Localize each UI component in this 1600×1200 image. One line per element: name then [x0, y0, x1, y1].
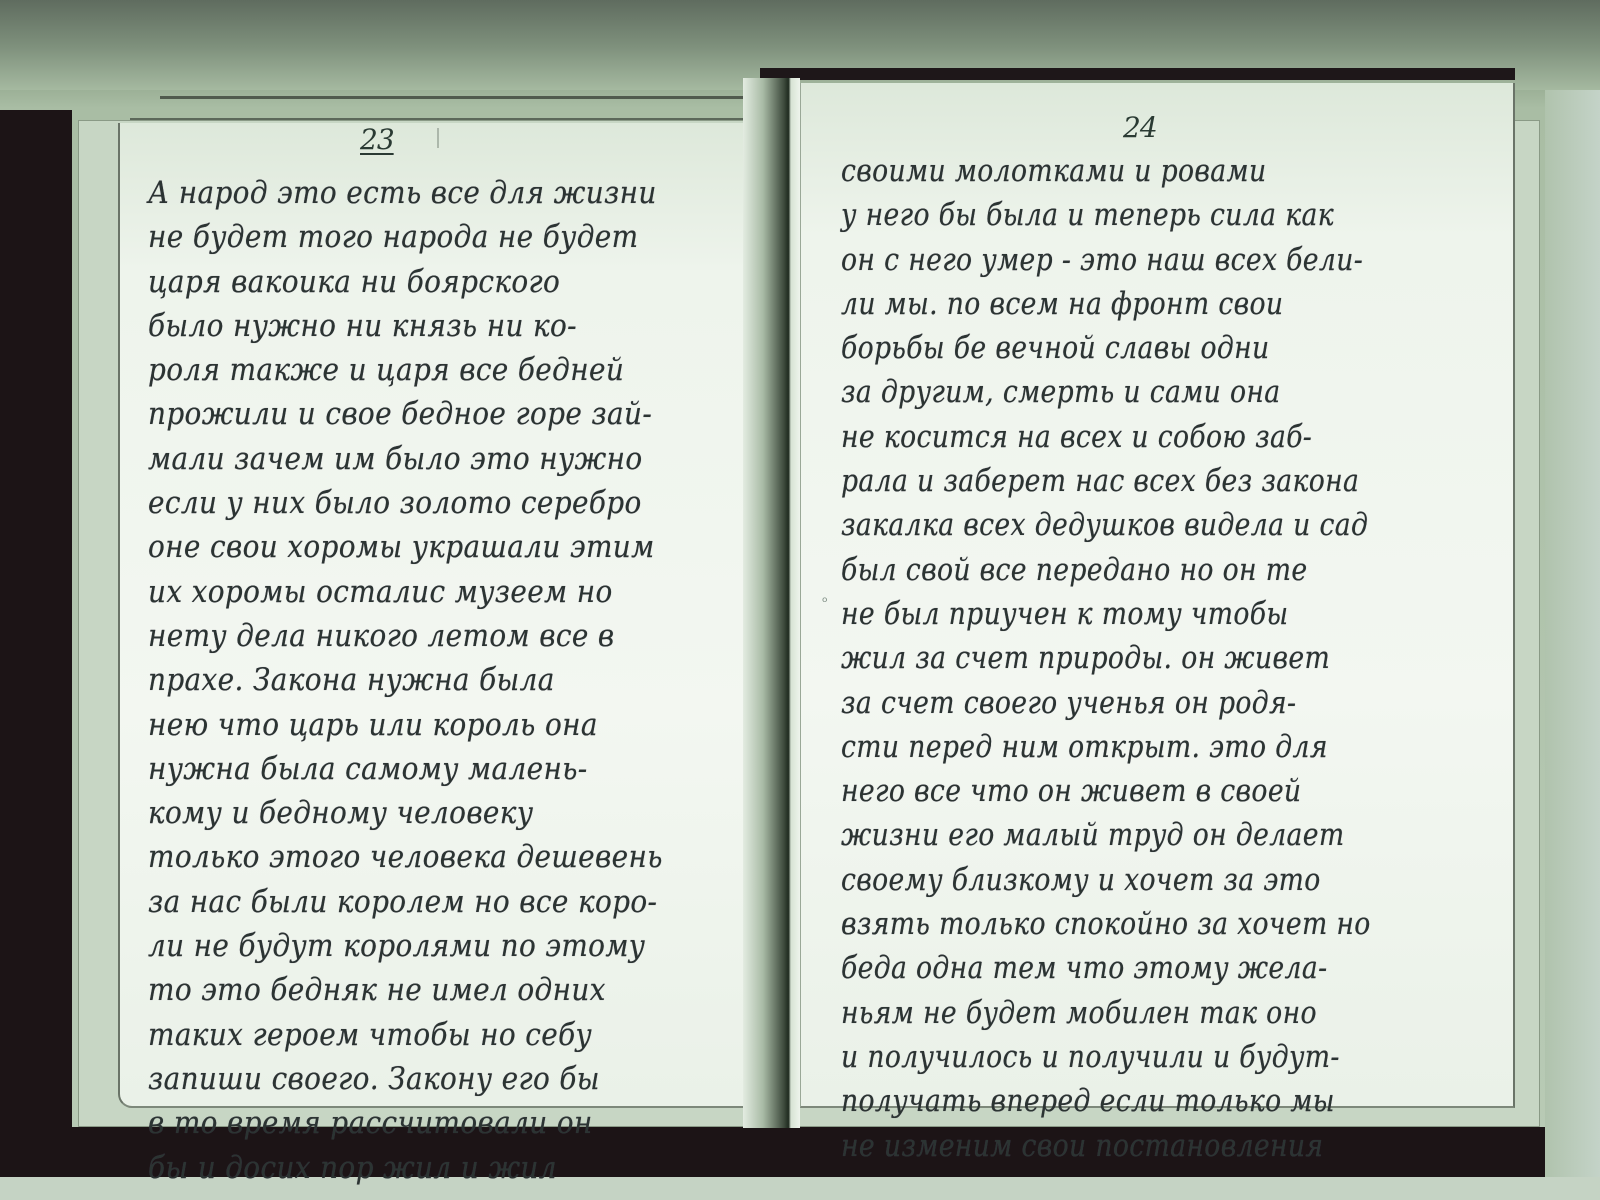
- text-line: взять только спокойно за хочет но: [841, 902, 1391, 946]
- text-line: царя вакоика ни боярского: [148, 260, 670, 304]
- notebook-spine: [743, 78, 800, 1128]
- text-line: в то время рассчитовали он: [148, 1101, 670, 1145]
- text-line: бы и досих пор жил и жил: [148, 1146, 670, 1190]
- text-line: мали зачем им было это нужно: [148, 437, 670, 481]
- text-line: ли не будут королями по этому: [148, 924, 670, 968]
- page-number: 24: [1123, 111, 1157, 144]
- text-line: А народ это есть все для жизни: [148, 171, 670, 215]
- text-line: своему близкому и хочет за это: [841, 858, 1391, 902]
- text-line: он с него умер - это наш всех бели-: [841, 238, 1391, 282]
- text-line: ньям не будет мобилен так оно: [841, 991, 1391, 1035]
- text-line: кому и бедному человеку: [148, 791, 670, 835]
- text-line: только этого человека дешевень: [148, 835, 670, 879]
- text-line: не был приучен к тому чтобы: [841, 592, 1391, 636]
- text-line: было нужно ни князь ни ко-: [148, 304, 670, 348]
- text-line: жизни его малый труд он делает: [841, 813, 1391, 857]
- text-line: нею что царь или король она: [148, 703, 670, 747]
- text-line: не косится на всех и собою заб-: [841, 415, 1391, 459]
- text-line: закалка всех дедушков видела и сад: [841, 503, 1391, 547]
- text-line: за нас были королем но все коро-: [148, 880, 670, 924]
- text-line: беда одна тем что этому жела-: [841, 946, 1391, 990]
- left-page: 23 А народ это есть все для жизни не буд…: [118, 123, 743, 1108]
- handwritten-text-block: своими молотками и ровами у него бы была…: [841, 149, 1481, 1168]
- text-line: если у них было золото серебро: [148, 481, 670, 525]
- text-line: прахе. Закона нужна была: [148, 658, 670, 702]
- text-line: сти перед ним открыт. это для: [841, 725, 1391, 769]
- text-line: у него бы была и теперь сила как: [841, 193, 1391, 237]
- text-line: жил за счет природы. он живет: [841, 636, 1391, 680]
- text-line: него все что он живет в своей: [841, 769, 1391, 813]
- right-page: 24 своими молотками и ровами у него бы б…: [800, 83, 1515, 1108]
- text-line: роля также и царя все бедней: [148, 348, 670, 392]
- page-number: 23: [360, 123, 394, 156]
- text-line: получать вперед если только мы: [841, 1079, 1391, 1123]
- dark-mat-left: [0, 110, 72, 1130]
- text-line: рала и заберет нас всех без закона: [841, 459, 1391, 503]
- margin-mark: ₒ: [822, 590, 828, 606]
- text-line: ли мы. по всем на фронт свои: [841, 282, 1391, 326]
- handwritten-text-block: А народ это есть все для жизни не будет …: [148, 171, 728, 1190]
- notebook-cover-edge-left: [160, 96, 760, 99]
- text-line: борьбы бе вечной славы одни: [841, 326, 1391, 370]
- photo-background-right: [1545, 90, 1600, 1180]
- text-line: оне свои хоромы украшали этим: [148, 525, 670, 569]
- text-line: их хоромы осталис музеем но: [148, 570, 670, 614]
- text-line: своими молотками и ровами: [841, 149, 1391, 193]
- text-line: таких героем чтобы но себу: [148, 1013, 670, 1057]
- text-line: запиши своего. Закону его бы: [148, 1057, 670, 1101]
- text-line: не будет того народа не будет: [148, 215, 670, 259]
- text-line: и получилось и получили и будут-: [841, 1035, 1391, 1079]
- text-line: за другим, смерть и сами она: [841, 370, 1391, 414]
- text-line: нужна была самому малень-: [148, 747, 670, 791]
- pencil-mark: [437, 128, 439, 148]
- text-line: то это бедняк не имел одних: [148, 968, 670, 1012]
- notebook-cover-edge: [760, 68, 1515, 80]
- text-line: за счет своего ученья он родя-: [841, 681, 1391, 725]
- text-line: был свой все передано но он те: [841, 548, 1391, 592]
- text-line: нету дела никого летом все в: [148, 614, 670, 658]
- text-line: прожили и свое бедное горе зай-: [148, 392, 670, 436]
- text-line: не изменим свои постановления: [841, 1124, 1391, 1168]
